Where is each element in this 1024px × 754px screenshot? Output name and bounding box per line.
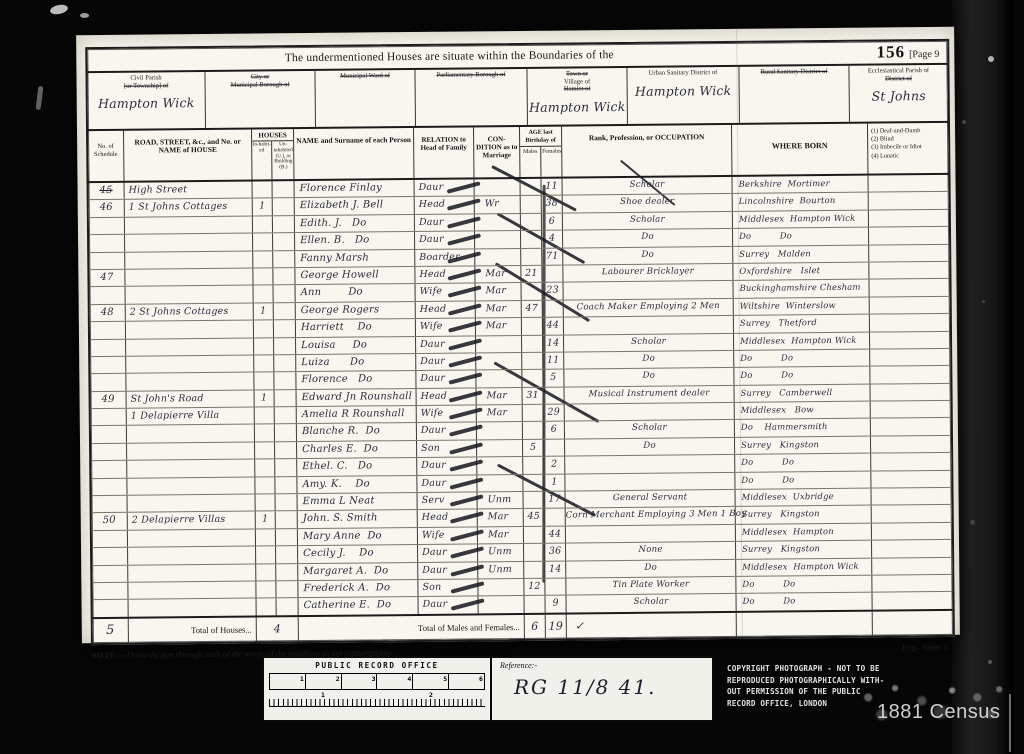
cell-age-male: [524, 544, 545, 561]
cell-age-female: 5: [543, 370, 564, 387]
cell-occupation: Scholar: [563, 212, 733, 230]
district-label: City or Municipal Borough of: [205, 73, 314, 89]
ruler-segment: 5: [413, 674, 449, 689]
cell-where-born: Do Do: [736, 593, 872, 611]
cell-condition: Mar: [476, 283, 522, 300]
cell-age-male: [522, 370, 543, 387]
district-label: Ecclesiastical Parish of District of: [849, 67, 947, 83]
cell-road-name: [127, 460, 255, 478]
cell-infirmities: [869, 192, 949, 209]
district-label: Civil Parish [or Township] of: [87, 74, 204, 90]
cell-relation: Daur: [417, 423, 477, 440]
cell-relation: Daur: [416, 371, 476, 388]
cell-houses-uninhabited: [273, 233, 295, 250]
film-speck: [49, 3, 68, 16]
cell-age-male: [523, 457, 544, 474]
cell-person-name: Blanche R. Do: [297, 423, 417, 441]
cell-age-male: [521, 231, 542, 248]
cell-houses-inhabited: 1: [255, 390, 275, 407]
cell-age-male: [524, 492, 545, 509]
cell-houses-uninhabited: [274, 285, 296, 302]
cell-occupation: Do: [565, 438, 735, 456]
cell-houses-uninhabited: [276, 494, 298, 511]
film-speck: [970, 520, 975, 525]
cell-where-born: Buckinghamshire Chesham: [733, 280, 869, 298]
copyright-line: COPYRIGHT PHOTOGRAPH - NOT TO BE: [727, 663, 937, 675]
column-header-road: ROAD, STREET, &c., and No. or NAME of HO…: [124, 130, 252, 181]
cell-houses-uninhabited: [274, 372, 296, 389]
cell-relation: Son: [417, 440, 477, 457]
cell-where-born: Surrey Malden: [733, 245, 869, 263]
cell-age-female: 9: [546, 596, 567, 613]
cell-road-name: 2 Delapierre Villas: [128, 512, 256, 530]
district-label-line: Rural Sanitary District of: [739, 68, 848, 77]
cell-relation: Wife: [418, 527, 478, 544]
sheet-label: Eng– Sheet E.: [902, 642, 951, 652]
cell-occupation: [565, 403, 735, 421]
film-edge-strip: [952, 0, 1014, 754]
infirmity-line: (4) Lunatic: [871, 151, 947, 160]
cell-schedule-number: 45: [89, 183, 125, 200]
total-males-females-label: Total of Males and Females...: [299, 615, 525, 641]
column-header-infirmities: (1) Deaf-and-Dumb (2) Blind (3) Imbecile…: [868, 123, 948, 174]
cell-road-name: [127, 477, 255, 495]
cell-houses-uninhabited: [275, 390, 297, 407]
cell-road-name: St John's Road: [127, 390, 255, 408]
cell-road-name: [125, 268, 253, 286]
cell-road-name: [129, 599, 257, 617]
cell-age-female: 6: [542, 213, 563, 230]
page-label: [Page 9: [909, 49, 939, 60]
district-label: Parliamentary Borough of: [415, 71, 526, 80]
cell-where-born: Middlesex Hampton Wick: [734, 332, 870, 350]
cell-infirmities: [869, 262, 949, 279]
cell-person-name: Charles E. Do: [297, 441, 417, 459]
cell-houses-uninhabited: [274, 355, 296, 372]
cell-age-male: [521, 214, 542, 231]
cell-houses-inhabited: [253, 251, 273, 268]
cell-condition: Mar: [476, 301, 522, 318]
cell-age-male: 5: [523, 440, 544, 457]
cell-houses-inhabited: [254, 320, 274, 337]
cell-condition: [477, 440, 523, 457]
cell-relation: Daur: [419, 597, 479, 614]
column-header-inhabited: In-habit-ed: [252, 141, 272, 179]
cell-relation: Head: [417, 388, 477, 405]
cell-road-name: [127, 442, 255, 460]
cell-where-born: Middlesex Uxbridge: [735, 489, 871, 507]
cell-relation: Daur: [415, 214, 475, 231]
cell-road-name: [128, 547, 256, 565]
cell-person-name: George Howell: [295, 267, 415, 285]
cell-occupation: Tin Plate Worker: [566, 577, 736, 595]
cell-person-name: Edith. J. Do: [295, 215, 415, 233]
district-box: Rural Sanitary District of: [739, 66, 850, 123]
cell-schedule-number: [91, 409, 127, 426]
ruler-number: 4: [407, 675, 411, 683]
cell-age-female: 17: [545, 492, 566, 509]
cell-relation: Head: [418, 510, 478, 527]
cell-infirmities: [871, 436, 951, 453]
cell-where-born: Do Hammersmith: [735, 419, 871, 437]
cell-infirmities: [869, 227, 949, 244]
cell-schedule-number: 47: [89, 270, 125, 287]
cell-where-born: Berkshire Mortimer: [732, 176, 868, 194]
cell-where-born: Do Do: [736, 576, 872, 594]
cell-occupation: [564, 316, 734, 334]
cell-schedule-number: [91, 461, 127, 478]
cell-age-female: 36: [545, 544, 566, 561]
cell-condition: [475, 214, 521, 231]
cell-person-name: Elizabeth J. Bell: [295, 197, 415, 215]
cell-age-female: [542, 266, 563, 283]
cell-houses-inhabited: [253, 181, 273, 198]
cell-schedule-number: [92, 583, 128, 600]
film-speck: [982, 300, 985, 303]
cell-houses-inhabited: [255, 460, 275, 477]
cell-houses-uninhabited: [277, 598, 299, 615]
total-males-value: 6: [525, 615, 546, 639]
column-header-females: Females: [541, 147, 562, 177]
cell-relation: Head: [415, 266, 475, 283]
district-box: City or Municipal Borough of: [205, 71, 316, 128]
cell-infirmities: [872, 505, 952, 522]
cell-infirmities: [872, 540, 952, 557]
ruler-fine-scale: 1 2: [269, 691, 485, 709]
cell-houses-uninhabited: [273, 268, 295, 285]
cell-condition: [477, 475, 523, 492]
cell-occupation: None: [566, 542, 736, 560]
cell-relation: Head: [415, 197, 475, 214]
cell-where-born: Middlesex Hampton Wick: [733, 210, 869, 228]
ruler-segment: 4: [377, 674, 413, 689]
copyright-line: OUT PERMISSION OF THE PUBLIC: [727, 686, 937, 698]
cell-person-name: Cecily J. Do: [298, 545, 418, 563]
cell-road-name: [126, 321, 254, 339]
column-header-relation: RELATION to Head of Family: [414, 127, 474, 178]
district-box: Municipal Ward of: [315, 70, 416, 127]
cell-person-name: George Rogers: [296, 302, 416, 320]
cell-houses-uninhabited: [276, 564, 298, 581]
cell-relation: Daur: [417, 475, 477, 492]
cell-road-name: [128, 582, 256, 600]
column-header-condition: CON-DITION as to Marriage: [474, 127, 520, 177]
column-header-males: Males: [520, 147, 541, 177]
cell-schedule-number: [90, 374, 126, 391]
cell-infirmities: [870, 349, 950, 366]
cell-person-name: Edward Jn Rounshall: [297, 389, 417, 407]
ruler-number: 1: [321, 691, 325, 699]
cell-person-name: Emma L Neat: [298, 493, 418, 511]
cell-occupation: Scholar: [567, 594, 737, 612]
cell-age-female: [544, 439, 565, 456]
cell-condition: Unm: [478, 544, 524, 561]
cell-age-female: [543, 300, 564, 317]
cell-houses-inhabited: [254, 355, 274, 372]
cell-age-male: [523, 422, 544, 439]
cell-age-female: 6: [544, 422, 565, 439]
cell-person-name: Louisa Do: [296, 336, 416, 354]
cell-houses-inhabited: [253, 234, 273, 251]
cell-relation: Wife: [416, 284, 476, 301]
district-label-line: Urban Sanitary District of: [627, 69, 738, 78]
cell-occupation: Coach Maker Employing 2 Men: [564, 299, 734, 317]
cell-houses-uninhabited: [274, 320, 296, 337]
cell-road-name: [125, 216, 253, 234]
cell-occupation: Do: [564, 351, 734, 369]
cell-person-name: Ellen. B. Do: [295, 232, 415, 250]
cell-condition: [475, 249, 521, 266]
cell-road-name: 2 St Johns Cottages: [126, 303, 254, 321]
cell-schedule-number: [89, 252, 125, 269]
district-box: Urban Sanitary District of Hampton Wick: [627, 67, 740, 124]
cell-road-name: [126, 338, 254, 356]
cell-occupation: Scholar: [564, 333, 734, 351]
cell-houses-inhabited: [256, 581, 276, 598]
district-box: Town or Village of Hamlet of Hampton Wic…: [527, 68, 628, 125]
cell-where-born: Lincolnshire Bourton: [733, 193, 869, 211]
cell-condition: Mar: [476, 318, 522, 335]
cell-age-female: 14: [543, 335, 564, 352]
cell-relation: Serv: [418, 492, 478, 509]
cell-age-male: 47: [522, 300, 543, 317]
age-group-title: AGE last Birthday of: [520, 127, 561, 145]
district-value-handwritten: Hampton Wick: [628, 82, 739, 98]
cell-person-name: Catherine E. Do: [299, 597, 419, 615]
cell-age-female: 38: [542, 196, 563, 213]
cell-road-name: [128, 564, 256, 582]
total-females-value: 19: [546, 614, 567, 638]
cell-houses-uninhabited: [275, 425, 297, 442]
cell-where-born: Wiltshire Winterslow: [734, 297, 870, 315]
cell-houses-inhabited: [256, 564, 276, 581]
cell-road-name: [128, 495, 256, 513]
census-watermark: 1881 Census: [877, 701, 1000, 724]
ruler-inch-scale: 1 2 3 4 5: [269, 673, 485, 690]
cell-relation: Boarder: [415, 249, 475, 266]
cell-person-name: Florence Do: [296, 371, 416, 389]
cell-relation: Daur: [415, 232, 475, 249]
film-speck: [988, 660, 992, 664]
cell-occupation: Shoe dealer: [563, 194, 733, 212]
cell-road-name: [126, 286, 254, 304]
ruler-number: 1: [300, 675, 304, 683]
cell-occupation: Corn Merchant Employing 3 Men 1 Boy: [566, 507, 736, 525]
district-box: Ecclesiastical Parish of District of St …: [849, 65, 948, 122]
district-box: Civil Parish [or Township] of Hampton Wi…: [87, 72, 206, 129]
cell-houses-inhabited: [254, 373, 274, 390]
cell-houses-inhabited: [255, 477, 275, 494]
cell-houses-inhabited: [254, 286, 274, 303]
district-label: Municipal Ward of: [315, 72, 414, 80]
cell-occupation: Do: [566, 560, 736, 578]
cell-age-male: [522, 283, 543, 300]
cell-occupation: Scholar: [565, 420, 735, 438]
cell-houses-inhabited: [256, 547, 276, 564]
film-speck: [962, 120, 966, 124]
column-header-houses: HOUSES In-habit-ed Un-inhabited (U.), or…: [252, 129, 294, 179]
cell-relation: Daur: [416, 336, 476, 353]
cell-schedule-number: [92, 565, 128, 582]
cell-age-male: [523, 474, 544, 491]
cell-road-name: [125, 234, 253, 252]
cell-age-male: [522, 318, 543, 335]
column-header-where-born: WHERE BORN: [732, 124, 868, 175]
district-value-handwritten: [206, 94, 315, 95]
cell-houses-uninhabited: [273, 181, 295, 198]
cell-occupation: Do: [564, 368, 734, 386]
cell-person-name: John. S. Smith: [298, 510, 418, 528]
cell-relation: Daur: [418, 562, 478, 579]
district-label: Rural Sanitary District of: [739, 68, 848, 77]
cell-occupation: Do: [563, 229, 733, 247]
cell-infirmities: [869, 244, 949, 261]
cell-infirmities: [869, 210, 949, 227]
column-header-schedule: No. of Schedule: [88, 131, 124, 181]
total-schedules: 5: [93, 619, 129, 643]
cell-infirmities: [872, 575, 952, 592]
cell-age-male: [524, 561, 545, 578]
ruler-number: 5: [443, 675, 447, 683]
district-value-handwritten: Hampton Wick: [88, 95, 205, 111]
cell-road-name: [127, 425, 255, 443]
cell-infirmities: [871, 488, 951, 505]
cell-where-born: Middlesex Bow: [735, 402, 871, 420]
cell-road-name: [126, 355, 254, 373]
cell-houses-uninhabited: [274, 303, 296, 320]
cell-where-born: Do Do: [734, 350, 870, 368]
cell-age-female: 11: [543, 352, 564, 369]
cell-occupation: Do: [563, 246, 733, 264]
cell-houses-uninhabited: [276, 529, 298, 546]
cell-relation: Daur: [415, 179, 475, 196]
cell-person-name: Amelia R Rounshall: [297, 406, 417, 424]
cell-infirmities: [869, 279, 949, 296]
cell-age-female: 44: [543, 318, 564, 335]
cell-person-name: Amy. K. Do: [297, 476, 417, 494]
cell-age-female: 1: [544, 474, 565, 491]
cell-infirmities: [872, 523, 952, 540]
cell-road-name: [126, 373, 254, 391]
cell-relation: Daur: [417, 458, 477, 475]
stamp-ruler-section: PUBLIC RECORD OFFICE 1 2 3: [264, 658, 492, 720]
cell-age-female: 14: [545, 561, 566, 578]
cell-schedule-number: [91, 426, 127, 443]
cell-houses-inhabited: 1: [253, 199, 273, 216]
cell-condition: Mar: [477, 405, 523, 422]
cell-age-female: [545, 579, 566, 596]
total-houses-label: Total of Houses...: [129, 617, 257, 642]
totals-empty-cell: [873, 611, 953, 636]
cell-where-born: Surrey Camberwell: [734, 384, 870, 402]
cell-where-born: Do Do: [735, 471, 871, 489]
column-header-uninhabited: Un-inhabited (U.), or Building (B.): [272, 141, 294, 179]
cell-condition: Mar: [477, 388, 523, 405]
cell-age-male: [522, 353, 543, 370]
district-value-handwritten: [416, 84, 527, 85]
cell-person-name: Harriett Do: [296, 319, 416, 337]
cell-where-born: Do Do: [733, 228, 869, 246]
district-label-line: Parliamentary Borough of: [415, 71, 526, 80]
cell-where-born: Middlesex Hampton Wick: [736, 558, 872, 576]
district-value-handwritten: [316, 85, 415, 86]
column-header-occupation: Rank, Profession, or OCCUPATION: [562, 125, 732, 177]
folio-number: 156: [876, 42, 905, 62]
cell-infirmities: [872, 557, 952, 574]
cell-where-born: Middlesex Hampton: [736, 523, 872, 541]
cell-age-male: 45: [524, 509, 545, 526]
cell-schedule-number: [90, 339, 126, 356]
cell-infirmities: [870, 297, 950, 314]
cell-condition: Wr: [475, 196, 521, 213]
age-subheaders: Males Females: [520, 146, 561, 177]
cell-schedule-number: [90, 357, 126, 374]
film-speck: [988, 56, 994, 62]
cell-infirmities: [871, 470, 951, 487]
cell-condition: Unm: [478, 562, 524, 579]
cell-infirmities: [871, 453, 951, 470]
cell-schedule-number: [92, 548, 128, 565]
cell-where-born: Oxfordshire Islet: [733, 263, 869, 281]
cell-houses-inhabited: [253, 268, 273, 285]
district-label-line: District of: [850, 74, 948, 82]
cell-person-name: Florence Finlay: [295, 180, 415, 198]
cell-houses-uninhabited: [275, 407, 297, 424]
cell-age-female: [545, 509, 566, 526]
cell-houses-inhabited: [256, 529, 276, 546]
cell-relation: Wife: [416, 319, 476, 336]
film-speck: [80, 13, 89, 18]
copyright-line: REPRODUCED PHOTOGRAPHICALLY WITH-: [727, 675, 937, 687]
cell-condition: [475, 231, 521, 248]
census-table: The undermentioned Houses are situate wi…: [85, 39, 955, 645]
cell-relation: Son: [418, 579, 478, 596]
district-label-line: Hamlet of: [528, 85, 627, 93]
cell-infirmities: [870, 331, 950, 348]
ruler-segment: 6: [449, 674, 484, 689]
houses-group-title: HOUSES: [252, 129, 293, 139]
cell-road-name: [125, 251, 253, 269]
stamp-office-title: PUBLIC RECORD OFFICE: [269, 661, 485, 670]
ruler-segment: 2: [306, 674, 342, 689]
cell-houses-inhabited: 1: [254, 303, 274, 320]
cell-occupation: Labourer Bricklayer: [563, 264, 733, 282]
cell-houses-uninhabited: [273, 199, 295, 216]
ruler-number: 2: [429, 691, 433, 699]
cell-where-born: Do Do: [734, 367, 870, 385]
cell-relation: Daur: [416, 353, 476, 370]
film-speck: [36, 86, 44, 110]
cell-person-name: Luiza Do: [296, 354, 416, 372]
cell-road-name: [128, 529, 256, 547]
column-header-age: AGE last Birthday of Males Females: [520, 127, 562, 177]
ruler-number: 2: [336, 675, 340, 683]
cell-condition: [477, 422, 523, 439]
cell-person-name: Frederick A. Do: [298, 580, 418, 598]
cell-age-male: 31: [523, 387, 544, 404]
cell-road-name: High Street: [125, 182, 253, 200]
cell-houses-inhabited: [253, 216, 273, 233]
cell-schedule-number: 49: [91, 391, 127, 408]
cell-person-name: Fanny Marsh: [295, 250, 415, 268]
cell-relation: Wife: [417, 405, 477, 422]
cell-houses-uninhabited: [273, 251, 295, 268]
cell-age-male: [521, 248, 542, 265]
cell-houses-inhabited: [255, 442, 275, 459]
cell-where-born: Surrey Kingston: [736, 506, 872, 524]
cell-road-name: 1 Delapierre Villa: [127, 408, 255, 426]
cell-condition: [476, 370, 522, 387]
